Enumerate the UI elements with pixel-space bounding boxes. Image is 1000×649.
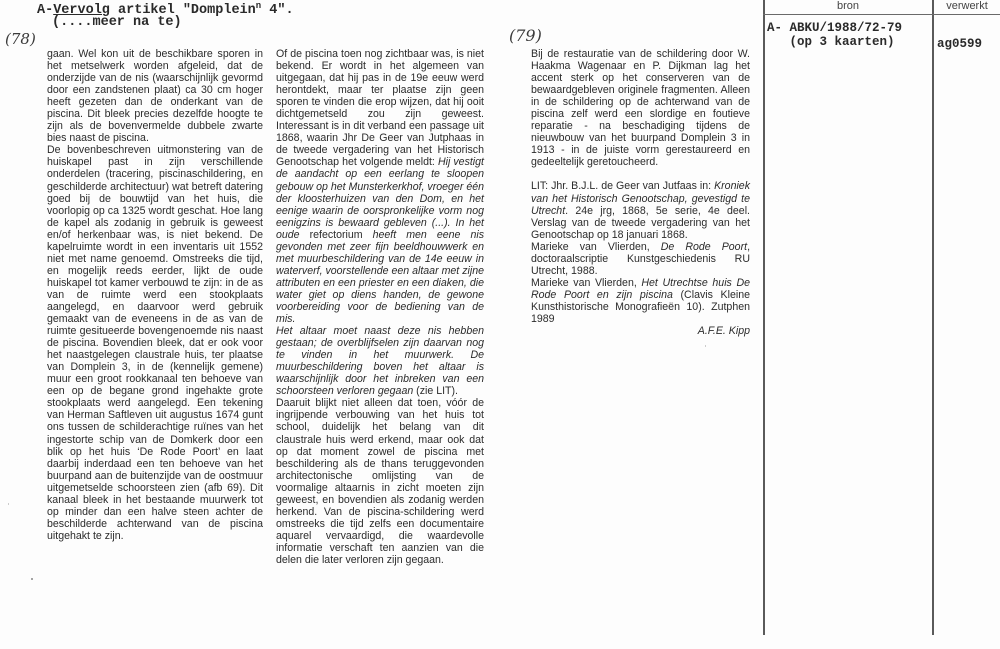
lit2-title: De Rode Poort [661,241,747,253]
col1-paragraph-1: gaan. Wel kon uit de beschikbare sporen … [47,48,263,144]
column-header-bron: bron [764,0,932,12]
author-signature: A.F.E. Kipp [531,325,750,337]
grid-divider-right [932,0,934,635]
col2-paragraph-1: Of de piscina toen nog zichtbaar was, is… [276,48,484,325]
col2-p1-plain: Of de piscina toen nog zichtbaar was, is… [276,48,484,168]
grid-header-line [763,14,1000,15]
literature-entry-1: LIT: Jhr. B.J.L. de Geer van Jutfaas in:… [531,180,750,240]
lit3-author: Marieke van Vlierden, [531,277,641,289]
col2-paragraph-2: Het altaar moet naast deze nis hebben ge… [276,325,484,397]
card-subheading: (....meer na te) [52,15,182,30]
col2-paragraph-3: Daaruit blijkt niet alleen dat toen, vóó… [276,397,484,566]
bron-value: A- ABKU/1988/72-79 (op 3 kaarten) [767,21,902,49]
col2-p1-quote-c: heeft men eene nis gevonden met zeer fij… [276,229,484,325]
page-mark-right: (79) [509,26,542,45]
heading-prefix: A- [37,3,53,18]
scan-speck [8,503,9,505]
grid-divider-left [763,0,765,635]
scan-speck [31,578,33,580]
lit1-prefix: LIT: Jhr. B.J.L. de Geer van Jutfaas in: [531,180,714,192]
heading-suffix: 4". [261,3,293,18]
article-column-3: Bij de restauratie van de schildering do… [531,48,750,337]
col2-p1-refectorium: refectorium [310,229,363,241]
column-header-verwerkt: verwerkt [934,0,1000,12]
col2-p2-ref: (zie LIT). [413,385,458,397]
article-column-2: Of de piscina toen nog zichtbaar was, is… [276,48,484,566]
bron-line-2: (op 3 kaarten) [767,35,902,49]
verwerkt-value: ag0599 [937,37,982,51]
lit2-author: Marieke van Vlierden, [531,241,661,253]
article-column-1: gaan. Wel kon uit de beschikbare sporen … [47,48,263,542]
bron-line-1: A- ABKU/1988/72-79 [767,21,902,35]
col1-paragraph-2: De bovenbeschreven uitmonstering van de … [47,144,263,542]
page-mark-left: (78) [5,30,36,48]
col3-paragraph-1: Bij de restauratie van de schildering do… [531,48,750,168]
literature-entry-3: Marieke van Vlierden, Het Utrechtse huis… [531,277,750,325]
scan-speck [705,345,706,347]
literature-entry-2: Marieke van Vlierden, De Rode Poort, doc… [531,241,750,277]
paragraph-spacer [531,168,750,180]
